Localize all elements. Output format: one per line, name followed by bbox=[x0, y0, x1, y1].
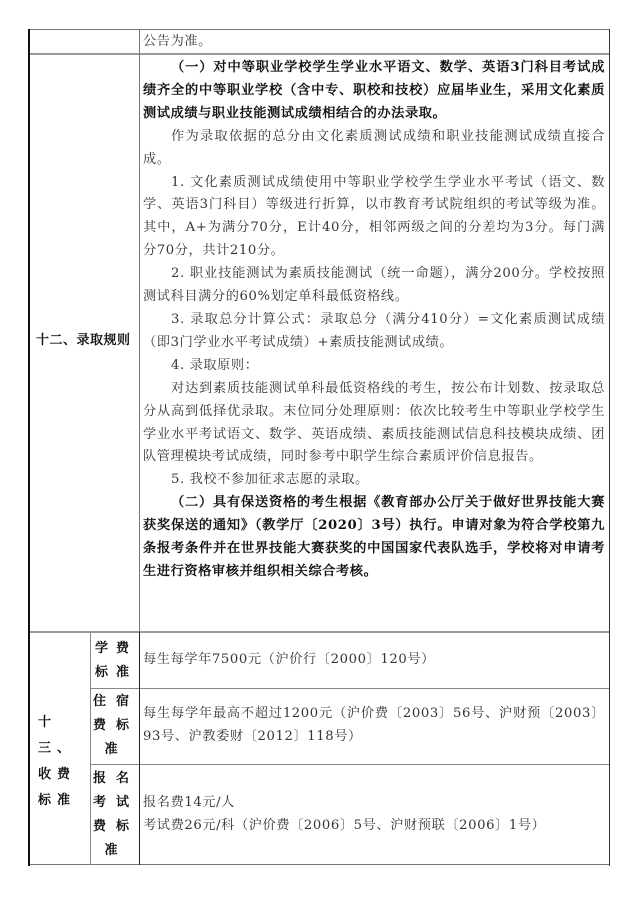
paragraph: 2. 职业技能测试为素质技能测试（统一命题），满分200分。学校按照测试科目满分… bbox=[143, 263, 605, 309]
column-divider bbox=[139, 29, 140, 632]
fee-line: 每生每学年最高不超过1200元（沪价费〔2003〕56号、沪财预〔2003〕93… bbox=[143, 703, 605, 749]
paragraph-bold-1: （一）对中等职业学校学生学业水平语文、数学、英语3门科目考试成绩齐全的中等职业学… bbox=[143, 57, 605, 126]
admission-info-table: 公告为准。 十二、录取规则 （一）对中等职业学校学生学业水平语文、数学、英语3门… bbox=[28, 29, 610, 866]
paragraph: 5. 我校不参加征求志愿的录取。 bbox=[143, 469, 605, 492]
table-bottom-border bbox=[30, 864, 609, 865]
table-top-border bbox=[30, 29, 609, 30]
fee-line: 报名费14元/人 bbox=[143, 792, 605, 815]
fee-line: 考试费26元/科（沪价费〔2006〕5号、沪财预联〔2006〕1号） bbox=[143, 815, 605, 838]
registration-exam-fee-label: 报名考试费标准 bbox=[92, 767, 140, 863]
section-12-content: （一）对中等职业学校学生学业水平语文、数学、英语3门科目考试成绩齐全的中等职业学… bbox=[143, 57, 605, 584]
registration-exam-fee-value: 报名费14元/人 考试费26元/科（沪价费〔2006〕5号、沪财预联〔2006〕… bbox=[143, 792, 605, 838]
paragraph: 作为录取依据的总分由文化素质测试成绩和职业技能测试成绩直接合成。 bbox=[143, 126, 605, 172]
paragraph: 对达到素质技能测试单科最低资格线的考生，按公布计划数、按录取总分从高到低择优录取… bbox=[143, 378, 605, 470]
row-divider bbox=[30, 631, 609, 633]
continuation-text: 公告为准。 bbox=[143, 31, 605, 54]
fee-line: 每生每学年7500元（沪价行〔2000〕120号） bbox=[143, 649, 605, 672]
paragraph: 4. 录取原则： bbox=[143, 355, 605, 378]
row-divider bbox=[91, 764, 609, 765]
tuition-fee-value: 每生每学年7500元（沪价行〔2000〕120号） bbox=[143, 649, 605, 672]
section-12-label: 十二、录取规则 bbox=[36, 330, 136, 353]
accommodation-fee-value: 每生每学年最高不超过1200元（沪价费〔2003〕56号、沪财预〔2003〕93… bbox=[143, 703, 605, 749]
row-divider bbox=[91, 688, 609, 689]
accommodation-fee-label: 住宿费标准 bbox=[92, 690, 140, 762]
section-13-label: 十三、收费标准 bbox=[38, 710, 86, 814]
paragraph: 3. 录取总分计算公式：录取总分（满分410分）=文化素质测试成绩（即3门学业水… bbox=[143, 309, 605, 355]
paragraph-bold-2: （二）具有保送资格的考生根据《教育部办公厅关于做好世界技能大赛获奖保送的通知》（… bbox=[143, 492, 605, 584]
tuition-fee-label: 学费标准 bbox=[92, 637, 140, 685]
sub-column-divider bbox=[90, 632, 91, 865]
paragraph: 1. 文化素质测试成绩使用中等职业学校学生学业水平考试（语文、数学、英语3门科目… bbox=[143, 172, 605, 264]
